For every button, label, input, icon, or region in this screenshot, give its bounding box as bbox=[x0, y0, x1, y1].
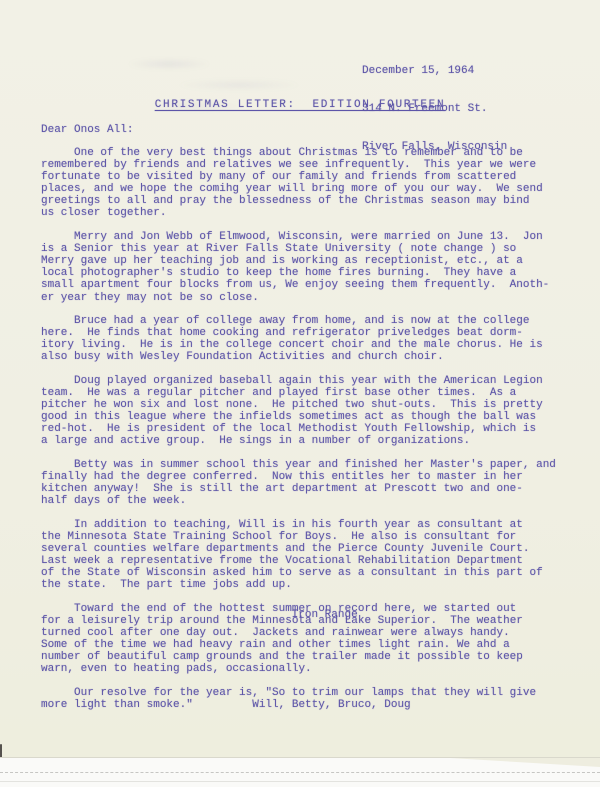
paragraph-will: In addition to teaching, Will is in his … bbox=[41, 519, 581, 592]
paragraph-christmas-intro: One of the very best things about Christ… bbox=[41, 147, 581, 220]
paragraph-trip: Toward the end of the hottest summer on … bbox=[41, 603, 581, 676]
paper-edge-shadow bbox=[0, 781, 600, 782]
paragraph-merry-and-jon: Merry and Jon Webb of Elmwood, Wisconsin… bbox=[41, 231, 581, 304]
paragraph-betty: Betty was in summer school this year and… bbox=[41, 459, 581, 507]
letter-title-text: CHRISTMAS LETTER: EDITION FOURTEEN bbox=[155, 99, 446, 111]
letter-body: One of the very best things about Christ… bbox=[41, 147, 581, 723]
paragraph-doug: Doug played organized baseball again thi… bbox=[41, 375, 581, 448]
salutation: Dear Onos All: bbox=[41, 124, 133, 136]
letter-title: CHRISTMAS LETTER: EDITION FOURTEEN bbox=[0, 99, 600, 111]
letter-page: December 15, 1964 314 N. Freemont St. Ri… bbox=[0, 0, 600, 787]
paper-corner bbox=[450, 758, 600, 767]
perforation-line bbox=[0, 772, 600, 773]
paragraph-closing: Our resolve for the year is, "So to trim… bbox=[41, 687, 581, 711]
date-line: December 15, 1964 bbox=[362, 65, 507, 78]
paragraph-bruce: Bruce had a year of college away from ho… bbox=[41, 315, 581, 363]
signature-line: Will, Betty, Bruco, Doug bbox=[252, 699, 410, 711]
scan-bottom-strip bbox=[0, 758, 600, 787]
